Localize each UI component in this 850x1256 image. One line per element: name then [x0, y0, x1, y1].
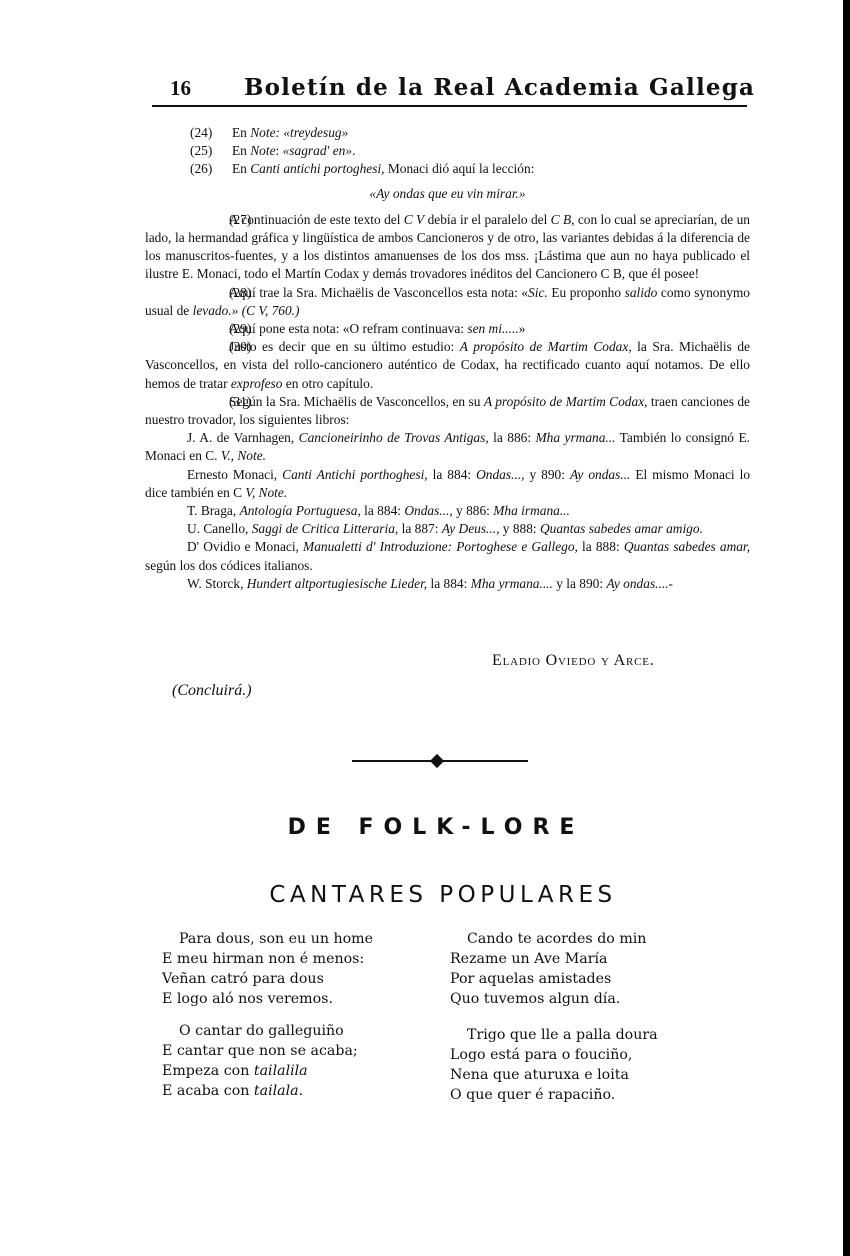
- verse-line: Trigo que lle a palla doura: [450, 1025, 658, 1045]
- section-subtitle: CANTARES POPULARES: [0, 882, 850, 908]
- book-entry-monaci: Ernesto Monaci, Canti Antichi porthoghes…: [145, 466, 750, 502]
- verse-line: E acaba con tailala.: [162, 1081, 358, 1101]
- book-entry-storck: W. Storck, Hundert altportugiesische Lie…: [145, 575, 750, 593]
- verse-line: Nena que aturuxa e loita: [450, 1065, 658, 1085]
- note-28: (28)Aquí trae la Sra. Michaëlis de Vasco…: [145, 284, 750, 320]
- continuation-note: (Concluirá.): [172, 682, 252, 700]
- scan-border: [843, 0, 850, 1256]
- author-signature: Eladio Oviedo y Arce.: [492, 652, 655, 670]
- section-divider-ornament: [352, 757, 528, 765]
- verse-line: E cantar que non se acaba;: [162, 1041, 358, 1061]
- verse-line: Por aquelas amistades: [450, 969, 646, 989]
- stanza-right-2: Trigo que lle a palla doura Logo está pa…: [450, 1025, 658, 1105]
- note-30: (30)Justo es decir que en su último estu…: [145, 338, 750, 393]
- book-entry-canello: U. Canello, Saggi de Critica Litteraria,…: [145, 520, 750, 538]
- diamond-ornament-icon: [430, 754, 444, 768]
- verse-line: E logo aló nos veremos.: [162, 989, 373, 1009]
- book-entry-varnhagen: J. A. de Varnhagen, Cancioneirinho de Tr…: [145, 429, 750, 465]
- verse-line: Logo está para o fouciño,: [450, 1045, 658, 1065]
- note-31: (31)Según la Sra. Michaëlis de Vasconcel…: [145, 393, 750, 429]
- note-27: (27)A continuación de este texto del C V…: [145, 211, 750, 284]
- verse-line: Cando te acordes do min: [450, 929, 646, 949]
- verse-line: Veñan catró para dous: [162, 969, 373, 989]
- note-25: (25)En Note: «sagrad' en».: [145, 142, 750, 160]
- book-entry-braga: T. Braga, Antología Portuguesa, la 884: …: [145, 502, 750, 520]
- book-entry-dovidio: D' Ovidio e Monaci, Manualetti d' Introd…: [145, 538, 750, 574]
- note-29: (29)Aquí pone esta nota: «O refram conti…: [145, 320, 750, 338]
- stanza-left-1: Para dous, son eu un home E meu hirman n…: [162, 929, 373, 1009]
- verse-line: Rezame un Ave María: [450, 949, 646, 969]
- verse-line: Quo tuvemos algun día.: [450, 989, 646, 1009]
- header-rule: [152, 105, 747, 107]
- stanza-left-2: O cantar do galleguiño E cantar que non …: [162, 1021, 358, 1101]
- page-number: 16: [170, 76, 191, 101]
- footnotes: (24)En Note: «treydesug» (25)En Note: «s…: [145, 124, 750, 593]
- note-26: (26)En Canti antichi portoghesi, Monaci …: [145, 160, 750, 178]
- note-24: (24)En Note: «treydesug»: [145, 124, 750, 142]
- quoted-lesson: «Ay ondas que eu vin mirar.»: [145, 185, 750, 203]
- running-title: Boletín de la Real Academia Gallega: [244, 74, 755, 101]
- verse-line: Para dous, son eu un home: [162, 929, 373, 949]
- section-title: DE FOLK-LORE: [0, 815, 850, 840]
- verse-line: O cantar do galleguiño: [162, 1021, 358, 1041]
- stanza-right-1: Cando te acordes do min Rezame un Ave Ma…: [450, 929, 646, 1009]
- verse-line: E meu hirman non é menos:: [162, 949, 373, 969]
- verse-line: O que quer é rapaciño.: [450, 1085, 658, 1105]
- verse-line: Empeza con tailalila: [162, 1061, 358, 1081]
